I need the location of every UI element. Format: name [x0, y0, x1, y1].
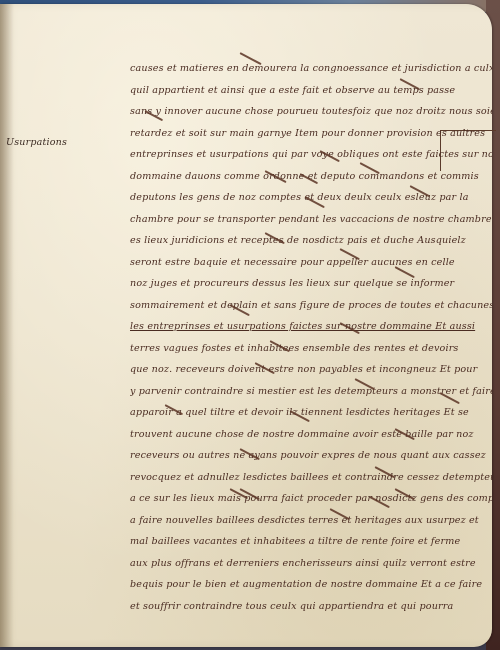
text-line: apparoir a quel tiltre et devoir ilz tie…: [130, 402, 492, 424]
text-line: revocquez et adnullez lesdictes baillees…: [130, 467, 492, 489]
text-line: et souffrir contraindre tous ceulx qui a…: [130, 596, 492, 618]
text-line: noz juges et procureurs dessus les lieux…: [130, 273, 492, 295]
text-line: causes et matieres en demourera la congn…: [130, 58, 492, 80]
text-line: trouvent aucune chose de nostre dommaine…: [130, 424, 492, 446]
text-line: seront estre baquie et necessaire pour a…: [130, 252, 492, 274]
text-line: a ce sur les lieux mais pourra faict pro…: [130, 488, 492, 510]
manuscript-text: causes et matieres en demourera la congn…: [130, 58, 492, 617]
text-line: bequis pour le bien et augmentation de n…: [130, 574, 492, 596]
text-line: sans y innover aucune chose pourueu tout…: [130, 101, 492, 123]
text-line: a faire nouvelles baillees desdictes ter…: [130, 510, 492, 532]
text-line: retardez et soit sur main garnye Item po…: [130, 123, 492, 145]
text-line-underlined: les entreprinses et usurpations faictes …: [130, 316, 492, 338]
text-line: deputons les gens de noz comptes et deux…: [130, 187, 492, 209]
text-line: entreprinses et usurpations qui par voye…: [130, 144, 492, 166]
text-line: aux plus offrans et derreniers encheriss…: [130, 553, 492, 575]
text-line: sommairement et deplain et sans figure d…: [130, 295, 492, 317]
text-line: es lieux juridicions et receptes de nosd…: [130, 230, 492, 252]
text-line: chambre pour se transporter pendant les …: [130, 209, 492, 231]
text-line: y parvenir contraindre si mestier est le…: [130, 381, 492, 403]
page-gutter-shadow: [0, 4, 14, 647]
text-line: dommaine dauons comme ordonne et deputo …: [130, 166, 492, 188]
text-line: que noz. receveurs doivent estre non pay…: [130, 359, 492, 381]
text-line: mal baillees vacantes et inhabitees a ti…: [130, 531, 492, 553]
text-line: receveurs ou autres ne ayans pouvoir exp…: [130, 445, 492, 467]
text-line: terres vagues fostes et inhabitees ensem…: [130, 338, 492, 360]
text-line: quil appartient et ainsi que a este fait…: [130, 80, 492, 102]
margin-note: Usurpations: [6, 137, 67, 148]
